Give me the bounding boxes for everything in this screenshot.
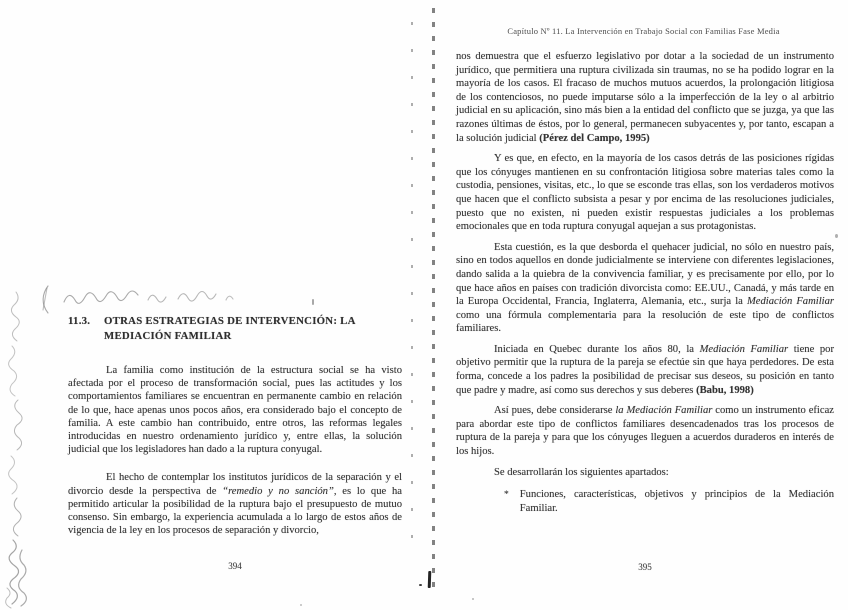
right-page: Capítulo Nº 11. La Intervención en Traba… xyxy=(420,0,848,610)
paragraph: nos demuestra que el esfuerzo legislativ… xyxy=(456,50,834,145)
paragraph: Iniciada en Quebec durante los años 80, … xyxy=(456,343,834,397)
scanned-book-spread: 11.3. OTRAS ESTRATEGIAS DE INTERVENCIÓN:… xyxy=(0,0,848,610)
text-run: (Babu, 1998) xyxy=(696,385,754,396)
text-run: Iniciada en Quebec durante los años 80, … xyxy=(494,344,700,355)
left-page: 11.3. OTRAS ESTRATEGIAS DE INTERVENCIÓN:… xyxy=(0,0,420,610)
text-run: (Pérez del Campo, 1995) xyxy=(539,133,649,144)
text-run: Funciones, características, objetivos y … xyxy=(520,489,834,514)
right-page-number: 395 xyxy=(456,562,834,572)
scan-speck xyxy=(835,234,838,238)
paragraph: Se desarrollarán los siguientes apartado… xyxy=(456,466,834,480)
section-title: OTRAS ESTRATEGIAS DE INTERVENCIÓN: LA ME… xyxy=(104,314,378,343)
text-run: como una fórmula complementaria para la … xyxy=(456,310,834,335)
text-run: la Mediación Familiar xyxy=(615,405,712,416)
text-run: nos demuestra que el esfuerzo legislativ… xyxy=(456,51,834,144)
section-number: 11.3. xyxy=(68,314,104,343)
left-page-body: La familia como institución de la estruc… xyxy=(68,364,402,552)
scan-speck xyxy=(300,604,302,606)
text-run: “remedio y no sanción” xyxy=(222,486,334,497)
ink-speck xyxy=(312,299,314,305)
right-page-body: nos demuestra que el esfuerzo legislativ… xyxy=(456,50,834,521)
handwritten-note-scribble xyxy=(40,282,260,318)
text-run: Se desarrollarán los siguientes apartado… xyxy=(494,467,669,478)
margin-handwriting-scribble xyxy=(2,288,32,610)
text-run: Así pues, debe considerarse xyxy=(494,405,615,416)
text-run: Mediación Familiar xyxy=(700,344,789,355)
bullet-item: *Funciones, características, objetivos y… xyxy=(456,488,834,515)
text-run: Y es que, en efecto, en la mayoría de lo… xyxy=(456,153,834,232)
bullet-text: Funciones, características, objetivos y … xyxy=(520,488,834,515)
bullet-marker: * xyxy=(504,489,509,516)
scan-speck xyxy=(472,598,474,600)
paragraph: Y es que, en efecto, en la mayoría de lo… xyxy=(456,152,834,234)
paragraph: El hecho de contemplar los institutos ju… xyxy=(68,471,402,537)
paragraph: Así pues, debe considerarse la Mediación… xyxy=(456,404,834,458)
paragraph: Esta cuestión, es la que desborda el que… xyxy=(456,241,834,336)
paragraph: La familia como institución de la estruc… xyxy=(68,364,402,456)
spine-perforation-column-left xyxy=(411,22,413,542)
text-run: La familia como institución de la estruc… xyxy=(68,365,402,455)
section-heading: 11.3. OTRAS ESTRATEGIAS DE INTERVENCIÓN:… xyxy=(68,314,378,343)
left-page-number: 394 xyxy=(68,561,402,571)
text-run: Mediación Familiar xyxy=(747,296,834,307)
running-header: Capítulo Nº 11. La Intervención en Traba… xyxy=(456,26,831,36)
